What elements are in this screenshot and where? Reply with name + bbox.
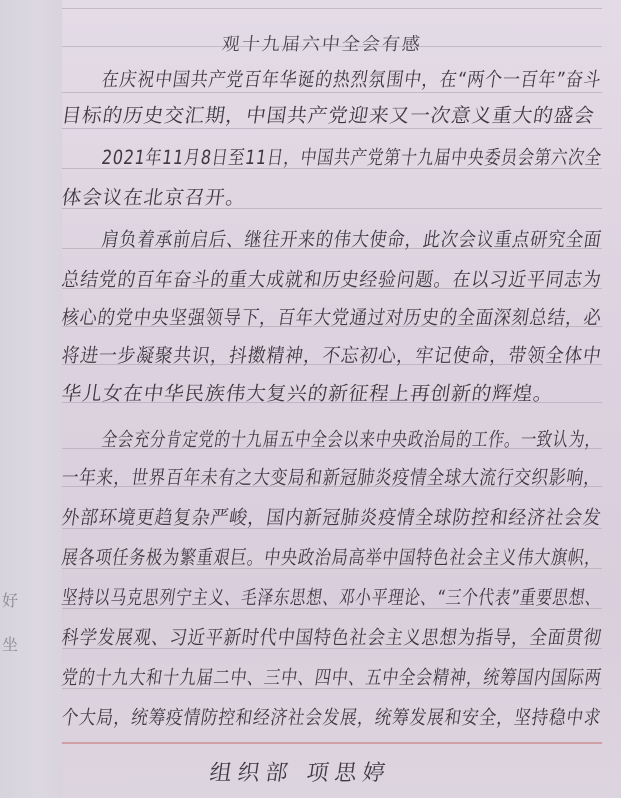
text-line: 华儿女在中华民族伟大复兴的新征程上再创新的辉煌。 [60, 378, 556, 406]
text-line: 党的十九大和十九届二中、三中、四中、五中全会精神，统筹国内国际两 [60, 662, 604, 690]
ruled-line [62, 8, 602, 9]
text-line: 个大局，统筹疫情防控和经济社会发展，统筹发展和安全，坚持稳中求 [60, 702, 603, 730]
adjacent-page-glyph: 坐 [2, 632, 18, 655]
text-line: 展各项任务极为繁重艰巨。中央政治局高举中国特色社会主义伟大旗帜， [60, 542, 604, 570]
text-line: 全会充分肯定党的十九届五中全会以来中央政治局的工作。一致认为， [100, 424, 603, 452]
text-line: 坚持以马克思列宁主义、毛泽东思想、邓小平理论、“三个代表”重要思想、 [60, 582, 604, 610]
author-signature: 组织部 项思婷 [208, 756, 393, 787]
text-line: 核心的党中央坚强领导下，百年大党通过对历史的全面深刻总结，必 [60, 302, 604, 330]
adjacent-page-glyph: 好 [2, 588, 18, 611]
adjacent-page-edge: 好 坐 [0, 0, 62, 798]
text-line: 肩负着承前启后、继往开来的伟大使命，此次会议重点研究全面 [100, 224, 604, 252]
text-line: 在庆祝中国共产党百年华诞的热烈氛围中，在“两个一百年”奋斗 [100, 64, 604, 92]
text-line: 目标的历史交汇期，中国共产党迎来又一次意义重大的盛会 [60, 100, 597, 128]
text-line: 科学发展观、习近平新时代中国特色社会主义思想为指导，全面贯彻 [60, 622, 604, 650]
text-line: 体会议在北京召开。 [60, 182, 248, 210]
text-line: 一年来，世界百年未有之大变局和新冠肺炎疫情全球大流行交织影响， [60, 462, 603, 490]
ruled-line [62, 92, 602, 93]
ruled-line [62, 128, 602, 129]
text-line: 将进一步凝聚共识，抖擞精神，不忘初心，牢记使命，带领全体中 [60, 340, 604, 368]
bottom-margin-line [62, 742, 602, 744]
text-line: 总结党的百年奋斗的重大成就和历史经验问题。在以习近平同志为 [60, 264, 604, 292]
lined-notebook-page: 观十九届六中全会有感 在庆祝中国共产党百年华诞的热烈氛围中，在“两个一百年”奋斗… [62, 0, 621, 798]
essay-title: 观十九届六中全会有感 [221, 30, 424, 56]
text-line: 外部环境更趋复杂严峻，国内新冠肺炎疫情全球防控和经济社会发 [60, 502, 604, 530]
text-line: 2021年11月8日至11日，中国共产党第十九届中央委员会第六次全 [100, 142, 604, 170]
